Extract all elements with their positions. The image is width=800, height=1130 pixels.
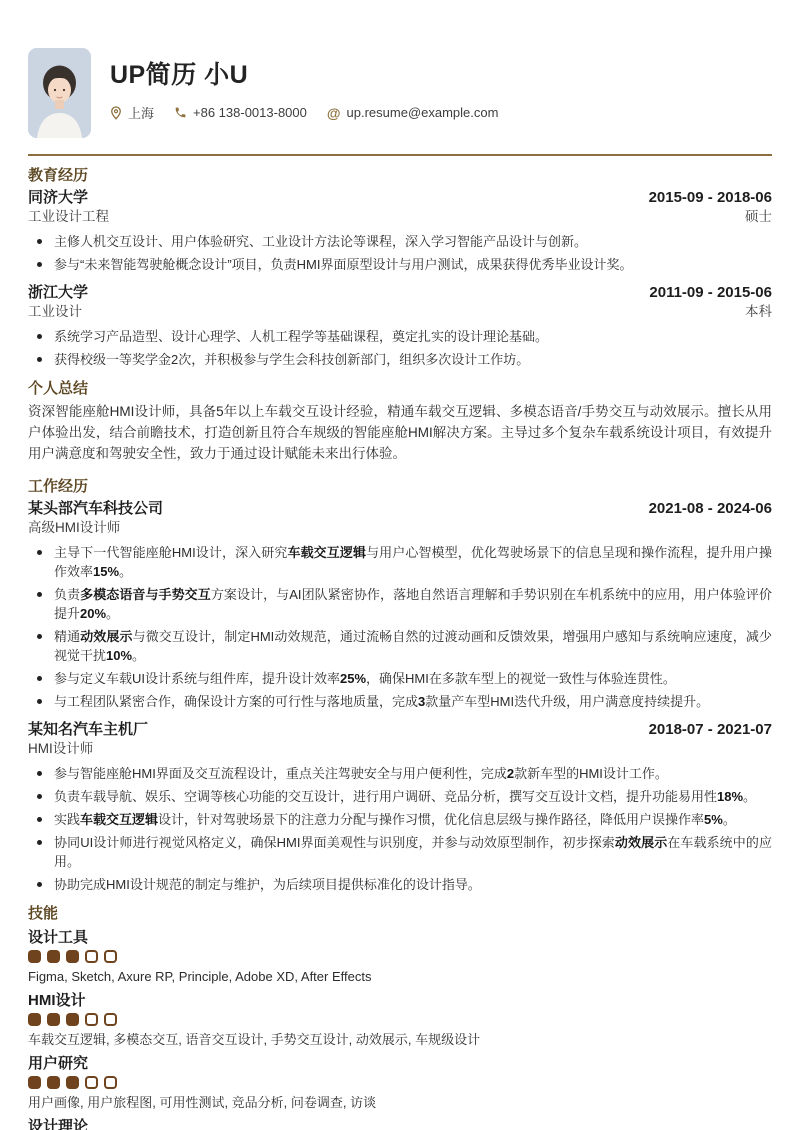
highlight-text: 车载交互逻辑 — [287, 545, 366, 560]
highlight-text: 5% — [704, 812, 723, 827]
work-subheader: HMI设计师 — [28, 740, 772, 758]
level-dot-filled — [66, 1013, 79, 1026]
education-bullets: 主修人机交互设计、用户体验研究、工业设计方法论等课程，深入学习智能产品设计与创新… — [28, 232, 772, 274]
location-pin-icon — [110, 106, 122, 120]
major-name: 工业设计 — [28, 303, 82, 321]
level-dot-filled — [66, 1076, 79, 1089]
text-segment: 。 — [132, 648, 145, 663]
skills-section-title: 技能 — [28, 905, 772, 922]
summary-text: 资深智能座舱HMI设计师，具备5年以上车载交互设计经验，精通车载交互逻辑、多模态… — [28, 401, 772, 464]
level-dot-filled — [47, 950, 60, 963]
text-segment: 设计，针对驾驶场景下的注意力分配与操作习惯，优化信息层级与操作路径，降低用户误操… — [158, 812, 704, 827]
level-dot-filled — [47, 1076, 60, 1089]
section-work: 工作经历 某头部汽车科技公司2021-08 - 2024-06高级HMI设计师主… — [28, 478, 772, 894]
section-skills: 技能 设计工具Figma, Sketch, Axure RP, Principl… — [28, 905, 772, 1130]
work-entries: 某头部汽车科技公司2021-08 - 2024-06高级HMI设计师主导下一代智… — [28, 500, 772, 894]
skill-group-name: 设计理论 — [28, 1119, 772, 1130]
education-date-range: 2015-09 - 2018-06 — [649, 189, 772, 207]
skill-group: HMI设计车载交互逻辑, 多模态交互, 语音交互设计, 手势交互设计, 动效展示… — [28, 993, 772, 1048]
education-entry: 浙江大学2011-09 - 2015-06工业设计本科系统学习产品造型、设计心理… — [28, 284, 772, 369]
skill-group: 设计理论 — [28, 1119, 772, 1130]
contact-phone: +86 138-0013-8000 — [174, 105, 307, 120]
education-subheader: 工业设计本科 — [28, 303, 772, 321]
level-dot-empty — [85, 950, 98, 963]
portrait-illustration — [28, 48, 91, 138]
education-section-title: 教育经历 — [28, 167, 772, 184]
phone-text: +86 138-0013-8000 — [193, 105, 307, 120]
bullet-item: 负责多模态语音与手势交互方案设计，与AI团队紧密协作，落地自然语言理解和手势识别… — [28, 585, 772, 623]
education-entries: 同济大学2015-09 - 2018-06工业设计工程硕士主修人机交互设计、用户… — [28, 189, 772, 369]
job-title: HMI设计师 — [28, 740, 93, 758]
text-segment: 。 — [743, 789, 756, 804]
school-name: 同济大学 — [28, 189, 88, 207]
text-segment: 参与“未来智能驾驶舱概念设计”项目，负责HMI界面原型设计与用户测试，成果获得优… — [54, 257, 633, 272]
highlight-text: 2 — [507, 766, 514, 781]
highlight-text: 20% — [80, 606, 106, 621]
contact-row: 上海 +86 138-0013-8000 @ up.resume@example… — [110, 103, 518, 122]
bullet-item: 主导下一代智能座舱HMI设计，深入研究车载交互逻辑与用户心智模型，优化驾驶场景下… — [28, 543, 772, 581]
text-segment: 款量产车型HMI迭代升级，用户满意度持续提升。 — [425, 694, 709, 709]
phone-icon — [174, 106, 187, 119]
level-dot-empty — [104, 1076, 117, 1089]
text-segment: ，确保HMI在多款车型上的视觉一致性与体验连贯性。 — [366, 671, 676, 686]
highlight-text: 动效展示 — [80, 629, 132, 644]
level-dot-filled — [28, 950, 41, 963]
education-subheader: 工业设计工程硕士 — [28, 208, 772, 226]
highlight-text: 15% — [93, 564, 119, 579]
work-date-range: 2021-08 - 2024-06 — [649, 500, 772, 518]
text-segment: 系统学习产品造型、设计心理学、人机工程学等基础课程，奠定扎实的设计理论基础。 — [54, 329, 548, 344]
school-name: 浙江大学 — [28, 284, 88, 302]
candidate-name: UP简历 小U — [110, 60, 518, 90]
highlight-text: 动效展示 — [615, 835, 667, 850]
work-entry-header: 某头部汽车科技公司2021-08 - 2024-06 — [28, 500, 772, 518]
section-summary: 个人总结 资深智能座舱HMI设计师，具备5年以上车载交互设计经验，精通车载交互逻… — [28, 380, 772, 464]
text-segment: 。 — [723, 812, 736, 827]
highlight-text: 10% — [106, 648, 132, 663]
text-segment: 协助完成HMI设计规范的制定与维护，为后续项目提供标准化的设计指导。 — [54, 877, 481, 892]
skill-level-indicator — [28, 950, 772, 963]
email-at-icon: @ — [327, 106, 341, 120]
bullet-item: 协同UI设计师进行视觉风格定义，确保HMI界面美观性与识别度，并参与动效原型制作… — [28, 833, 772, 871]
text-segment: 主修人机交互设计、用户体验研究、工业设计方法论等课程，深入学习智能产品设计与创新… — [54, 234, 587, 249]
highlight-text: 18% — [717, 789, 743, 804]
education-entry-header: 浙江大学2011-09 - 2015-06 — [28, 284, 772, 302]
skill-detail-text: 用户画像, 用户旅程图, 可用性测试, 竞品分析, 问卷调查, 访谈 — [28, 1095, 772, 1111]
bullet-item: 实践车载交互逻辑设计，针对驾驶场景下的注意力分配与操作习惯，优化信息层级与操作路… — [28, 810, 772, 829]
text-segment: 精通 — [54, 629, 80, 644]
job-title: 高级HMI设计师 — [28, 519, 120, 537]
resume-page: UP简历 小U 上海 — [0, 48, 800, 1130]
skill-group-name: HMI设计 — [28, 993, 772, 1009]
skill-detail-text: 车载交互逻辑, 多模态交互, 语音交互设计, 手势交互设计, 动效展示, 车规级… — [28, 1032, 772, 1048]
major-name: 工业设计工程 — [28, 208, 109, 226]
work-subheader: 高级HMI设计师 — [28, 519, 772, 537]
bullet-item: 参与“未来智能驾驶舱概念设计”项目，负责HMI界面原型设计与用户测试，成果获得优… — [28, 255, 772, 274]
contact-location: 上海 — [110, 103, 154, 122]
bullet-item: 与工程团队紧密合作，确保设计方案的可行性与落地质量，完成3款量产车型HMI迭代升… — [28, 692, 772, 711]
work-date-range: 2018-07 - 2021-07 — [649, 721, 772, 739]
degree-label: 本科 — [745, 303, 772, 321]
text-segment: 参与智能座舱HMI界面及交互流程设计，重点关注驾驶安全与用户便利性，完成 — [54, 766, 507, 781]
resume-header: UP简历 小U 上海 — [28, 48, 772, 138]
text-segment: 与工程团队紧密合作，确保设计方案的可行性与落地质量，完成 — [54, 694, 418, 709]
education-bullets: 系统学习产品造型、设计心理学、人机工程学等基础课程，奠定扎实的设计理论基础。获得… — [28, 327, 772, 369]
contact-email: @ up.resume@example.com — [327, 105, 499, 120]
bullet-item: 负责车载导航、娱乐、空调等核心功能的交互设计，进行用户调研、竞品分析，撰写交互设… — [28, 787, 772, 806]
skill-group: 用户研究用户画像, 用户旅程图, 可用性测试, 竞品分析, 问卷调查, 访谈 — [28, 1056, 772, 1111]
skill-group: 设计工具Figma, Sketch, Axure RP, Principle, … — [28, 930, 772, 985]
skill-groups: 设计工具Figma, Sketch, Axure RP, Principle, … — [28, 930, 772, 1130]
skill-group-name: 设计工具 — [28, 930, 772, 946]
level-dot-filled — [28, 1013, 41, 1026]
text-segment: 。 — [119, 564, 132, 579]
location-text: 上海 — [128, 103, 154, 122]
work-entry: 某知名汽车主机厂2018-07 - 2021-07HMI设计师参与智能座舱HMI… — [28, 721, 772, 894]
work-entry-header: 某知名汽车主机厂2018-07 - 2021-07 — [28, 721, 772, 739]
text-segment: 主导下一代智能座舱HMI设计，深入研究 — [54, 545, 287, 560]
bullet-item: 精通动效展示与微交互设计，制定HMI动效规范，通过流畅自然的过渡动画和反馈效果，… — [28, 627, 772, 665]
text-segment: 负责 — [54, 587, 80, 602]
skill-level-indicator — [28, 1076, 772, 1089]
level-dot-filled — [66, 950, 79, 963]
bullet-item: 获得校级一等奖学金2次，并积极参与学生会科技创新部门，组织多次设计工作坊。 — [28, 350, 772, 369]
text-segment: 实践 — [54, 812, 80, 827]
work-bullets: 参与智能座舱HMI界面及交互流程设计，重点关注驾驶安全与用户便利性，完成2款新车… — [28, 764, 772, 894]
bullet-item: 主修人机交互设计、用户体验研究、工业设计方法论等课程，深入学习智能产品设计与创新… — [28, 232, 772, 251]
bullet-item: 协助完成HMI设计规范的制定与维护，为后续项目提供标准化的设计指导。 — [28, 875, 772, 894]
level-dot-empty — [85, 1076, 98, 1089]
text-segment: 参与定义车载UI设计系统与组件库，提升设计效率 — [54, 671, 340, 686]
work-entry: 某头部汽车科技公司2021-08 - 2024-06高级HMI设计师主导下一代智… — [28, 500, 772, 711]
education-date-range: 2011-09 - 2015-06 — [649, 284, 772, 302]
level-dot-empty — [85, 1013, 98, 1026]
email-text: up.resume@example.com — [347, 105, 499, 120]
profile-photo — [28, 48, 91, 138]
level-dot-filled — [47, 1013, 60, 1026]
education-entry-header: 同济大学2015-09 - 2018-06 — [28, 189, 772, 207]
header-divider — [28, 154, 772, 156]
level-dot-filled — [28, 1076, 41, 1089]
level-dot-empty — [104, 950, 117, 963]
skill-level-indicator — [28, 1013, 772, 1026]
header-info: UP简历 小U 上海 — [110, 48, 518, 122]
section-education: 教育经历 同济大学2015-09 - 2018-06工业设计工程硕士主修人机交互… — [28, 167, 772, 369]
text-segment: 负责车载导航、娱乐、空调等核心功能的交互设计，进行用户调研、竞品分析，撰写交互设… — [54, 789, 717, 804]
company-name: 某头部汽车科技公司 — [28, 500, 163, 518]
company-name: 某知名汽车主机厂 — [28, 721, 148, 739]
level-dot-empty — [104, 1013, 117, 1026]
degree-label: 硕士 — [745, 208, 772, 226]
work-section-title: 工作经历 — [28, 478, 772, 495]
work-bullets: 主导下一代智能座舱HMI设计，深入研究车载交互逻辑与用户心智模型，优化驾驶场景下… — [28, 543, 772, 711]
highlight-text: 车载交互逻辑 — [80, 812, 158, 827]
text-segment: 获得校级一等奖学金2次，并积极参与学生会科技创新部门，组织多次设计工作坊。 — [54, 352, 529, 367]
text-segment: 协同UI设计师进行视觉风格定义，确保HMI界面美观性与识别度，并参与动效原型制作… — [54, 835, 615, 850]
bullet-item: 参与定义车载UI设计系统与组件库，提升设计效率25%，确保HMI在多款车型上的视… — [28, 669, 772, 688]
education-entry: 同济大学2015-09 - 2018-06工业设计工程硕士主修人机交互设计、用户… — [28, 189, 772, 274]
highlight-text: 25% — [340, 671, 366, 686]
text-segment: 与微交互设计，制定HMI动效规范，通过流畅自然的过渡动画和反馈效果，增强用户感知… — [54, 629, 772, 663]
highlight-text: 多模态语音与手势交互 — [80, 587, 211, 602]
skill-detail-text: Figma, Sketch, Axure RP, Principle, Adob… — [28, 969, 772, 985]
text-segment: 款新车型的HMI设计工作。 — [514, 766, 668, 781]
text-segment: 。 — [106, 606, 119, 621]
skill-group-name: 用户研究 — [28, 1056, 772, 1072]
summary-section-title: 个人总结 — [28, 380, 772, 397]
bullet-item: 系统学习产品造型、设计心理学、人机工程学等基础课程，奠定扎实的设计理论基础。 — [28, 327, 772, 346]
bullet-item: 参与智能座舱HMI界面及交互流程设计，重点关注驾驶安全与用户便利性，完成2款新车… — [28, 764, 772, 783]
